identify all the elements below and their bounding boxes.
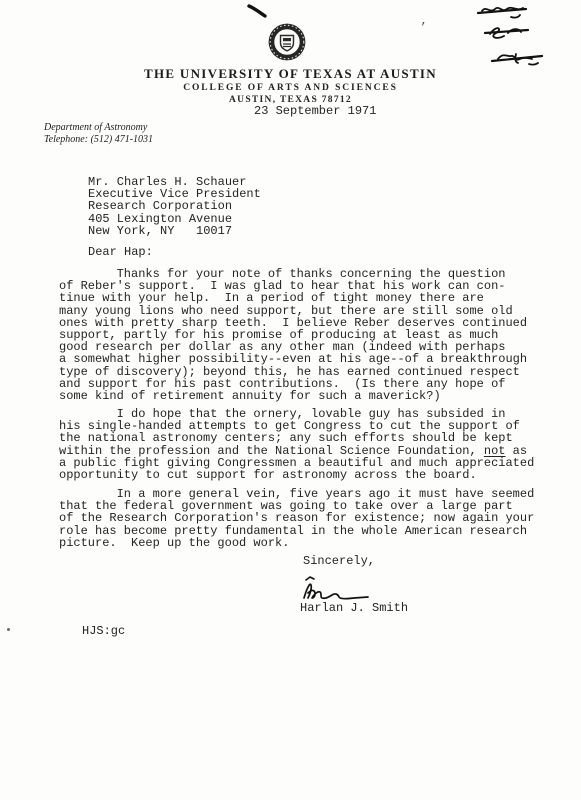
letterhead-university: THE UNIVERSITY OF TEXAS AT AUSTIN [0,66,581,82]
department-name: Department of Astronomy [44,122,153,134]
paragraph-2-bottom: a public fight giving Congressmen a beau… [59,457,534,481]
department-telephone: Telephone: (512) 471-1031 [44,134,153,146]
handwritten-signature [298,576,376,604]
reference-initials: HJS:gc [82,625,125,637]
university-seal-icon [267,22,307,62]
text-line: type of discovery); beyond this, he has … [59,366,527,378]
pen-stroke-mark [246,3,270,21]
text-line: of the Research Corporation's reason for… [59,512,534,524]
text-line: role has become pretty fundamental in th… [59,525,534,537]
text-line: many young lions who need support, but t… [59,305,527,317]
valediction: Sincerely, [303,555,375,567]
letterhead-college: COLLEGE OF ARTS AND SCIENCES [0,83,581,93]
stray-dot [7,628,10,631]
text-line: picture. Keep up the good work. [59,537,534,549]
paragraph-2-top: I do hope that the ornery, lovable guy h… [59,408,534,445]
salutation: Dear Hap: [88,246,153,258]
text-line: some kind of retirement annuity for such… [59,390,527,402]
letter-date: 23 September 1971 [254,105,376,117]
body-paragraph-1: Thanks for your note of thanks concernin… [59,268,527,402]
text-line: a somewhat higher possibility--even at h… [59,353,527,365]
stray-mark: ’ [420,22,427,34]
body-paragraph-3: In a more general vein, five years ago i… [59,488,534,549]
crossed-out-scribbles [476,2,556,68]
body-paragraph-2: I do hope that the ornery, lovable guy h… [59,408,534,481]
text-line: New York, NY 10017 [88,225,261,237]
typed-signature-name: Harlan J. Smith [300,602,408,614]
paragraph-2-underline-line: within the profession and the National S… [59,445,534,457]
text-line: 405 Lexington Avenue [88,213,261,225]
text-line: opportunity to cut support for astronomy… [59,469,534,481]
letter-page: ’ THE UNIVERSITY OF TEXAS AT AUSTIN COLL… [0,0,581,800]
recipient-address: Mr. Charles H. SchauerExecutive Vice Pre… [88,176,261,237]
letterhead-department-block: Department of Astronomy Telephone: (512)… [44,122,153,146]
text-line: tinue with your help. In a period of tig… [59,292,527,304]
text-line: Research Corporation [88,200,261,212]
